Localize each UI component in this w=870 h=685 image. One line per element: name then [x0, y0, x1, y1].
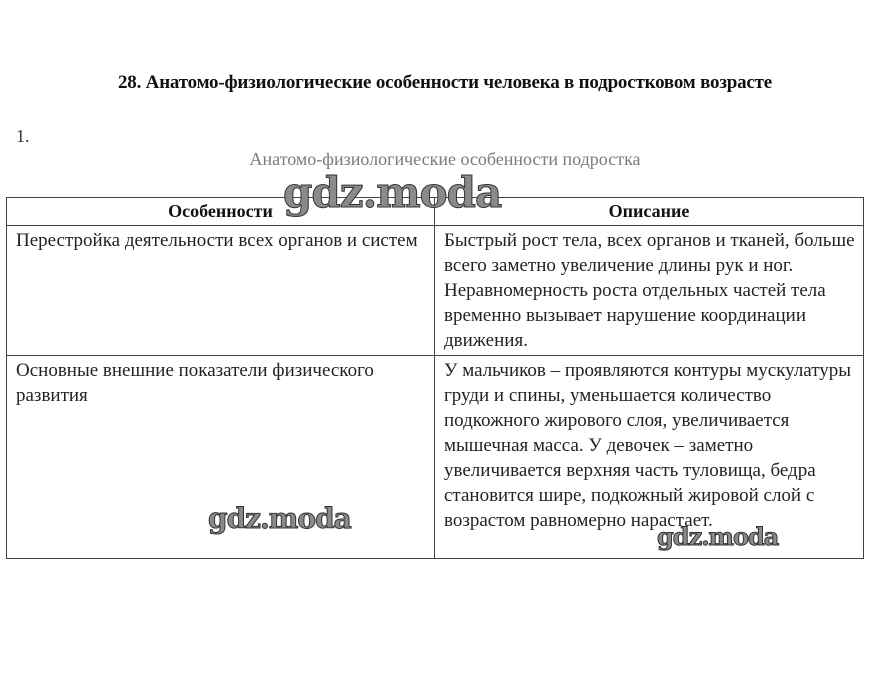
- watermark: gdz.moda: [283, 168, 501, 217]
- watermark: gdz.moda: [657, 522, 778, 551]
- feature-cell: Перестройка деятельности всех органов и …: [7, 226, 435, 356]
- table-row: Перестройка деятельности всех органов и …: [7, 226, 864, 356]
- features-table: Особенности Описание Перестройка деятель…: [6, 197, 864, 559]
- description-cell: У мальчиков – проявляются контуры мускул…: [435, 356, 864, 559]
- page-title: 28. Анатомо-физиологические особенности …: [0, 72, 870, 94]
- watermark: gdz.moda: [208, 502, 351, 535]
- description-cell: Быстрый рост тела, всех органов и тканей…: [435, 226, 864, 356]
- task-number: 1.: [16, 126, 30, 147]
- table-caption: Анатомо-физиологические особенности подр…: [0, 149, 870, 170]
